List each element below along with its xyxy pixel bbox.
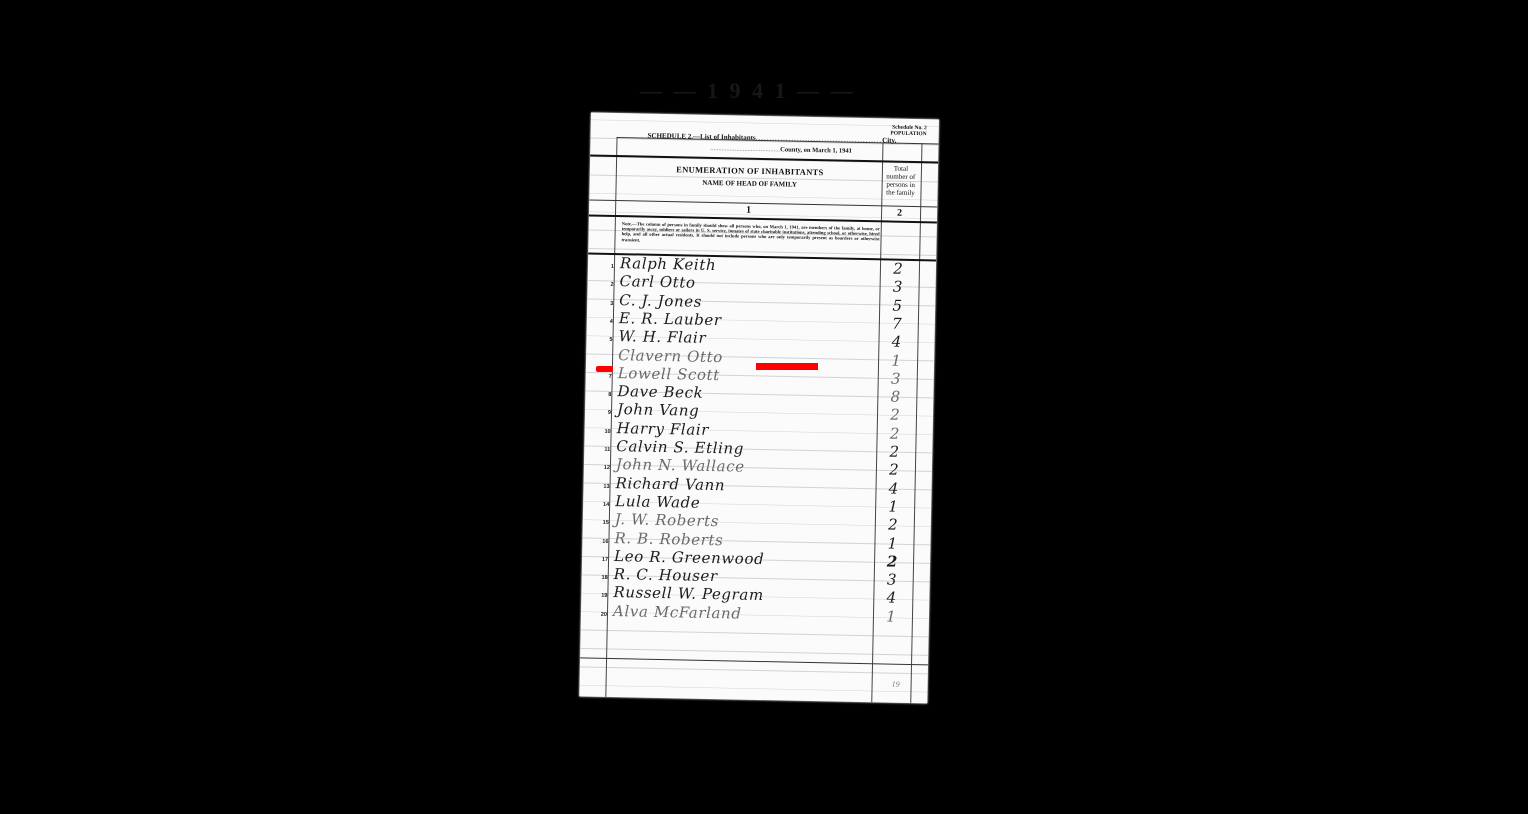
family-count: 1 — [879, 607, 903, 625]
head-of-family-name: John N. Wallace — [616, 455, 745, 476]
head-of-family-name: Dave Beck — [617, 382, 703, 402]
family-count: 3 — [884, 369, 908, 387]
row-number: 17 — [592, 556, 608, 562]
family-count: 2 — [886, 259, 910, 277]
family-count: 1 — [880, 534, 904, 552]
family-count: 4 — [881, 479, 905, 497]
family-count: 3 — [885, 278, 909, 296]
head-of-family-name: R. B. Roberts — [614, 529, 723, 549]
family-count: 4 — [879, 589, 903, 607]
family-count: 2 — [882, 442, 906, 460]
row-number: 12 — [594, 465, 610, 471]
county-dots: ........................................… — [710, 145, 780, 153]
head-of-family-name: Harry Flair — [617, 419, 710, 439]
row-number: 8 — [595, 392, 611, 398]
head-of-family-name: R. C. Houser — [614, 565, 718, 585]
family-count: 2 — [882, 424, 906, 442]
head-of-family-name: Ralph Keith — [620, 254, 717, 274]
family-count: 7 — [885, 314, 909, 332]
row-number: 18 — [592, 575, 608, 581]
row-number: 16 — [592, 538, 608, 544]
family-count: 1 — [884, 351, 908, 369]
row-number: 7 — [596, 373, 612, 379]
family-count: 2 — [881, 516, 905, 534]
head-of-family-name: Lowell Scott — [618, 364, 720, 384]
row-number: 11 — [594, 447, 610, 453]
row-number: 13 — [593, 483, 609, 489]
row-number: 20 — [591, 611, 607, 617]
census-schedule-page: Schedule No. 2 POPULATION SCHEDULE 2.—Li… — [579, 113, 939, 704]
column-1-number: 1 — [746, 205, 751, 216]
row-number: 4 — [597, 319, 613, 325]
row-number: 5 — [596, 337, 612, 343]
family-count: 3 — [880, 570, 904, 588]
bleed-through-text: — — 1 9 4 1 — — — [640, 78, 970, 108]
schedule-number: Schedule No. 2 POPULATION — [890, 125, 926, 138]
family-count: 2 — [880, 552, 904, 570]
row-number: 9 — [595, 410, 611, 416]
family-count: 4 — [884, 333, 908, 351]
city-label: City, — [882, 136, 896, 144]
head-of-family-name: Clavern Otto — [618, 346, 723, 366]
head-of-family-name: J. W. Roberts — [615, 510, 720, 530]
family-count: 8 — [883, 388, 907, 406]
row-number: 2 — [598, 282, 614, 288]
page-mark: 19 — [892, 680, 900, 689]
head-of-family-name: Lula Wade — [615, 492, 700, 512]
row-number: 14 — [593, 502, 609, 508]
head-of-family-name: Carl Otto — [619, 272, 695, 292]
head-of-family-name: W. H. Flair — [618, 327, 706, 347]
redaction-mark-name — [756, 363, 818, 370]
row-number: 15 — [593, 520, 609, 526]
row-number: 19 — [591, 593, 607, 599]
head-of-family-name: C. J. Jones — [619, 291, 702, 311]
family-count: 5 — [885, 296, 909, 314]
family-count: 2 — [882, 461, 906, 479]
head-of-family-name: Alva McFarland — [613, 602, 742, 623]
row-number: 3 — [597, 300, 613, 306]
head-of-family-name: Richard Vann — [615, 474, 725, 494]
head-of-family-name: Calvin S. Etling — [616, 437, 744, 458]
row-number: 1 — [598, 264, 614, 270]
county-text: County, on March 1, 1941 — [780, 146, 852, 154]
family-count: 2 — [883, 406, 907, 424]
redaction-mark-row-number — [596, 366, 613, 372]
head-of-family-name: John Vang — [617, 400, 700, 420]
family-count: 1 — [881, 497, 905, 515]
head-of-family-name: E. R. Lauber — [619, 309, 722, 329]
column-2-header: Total number of persons in the family — [883, 164, 918, 197]
row-number: 10 — [595, 428, 611, 434]
column-2-number: 2 — [897, 208, 902, 219]
